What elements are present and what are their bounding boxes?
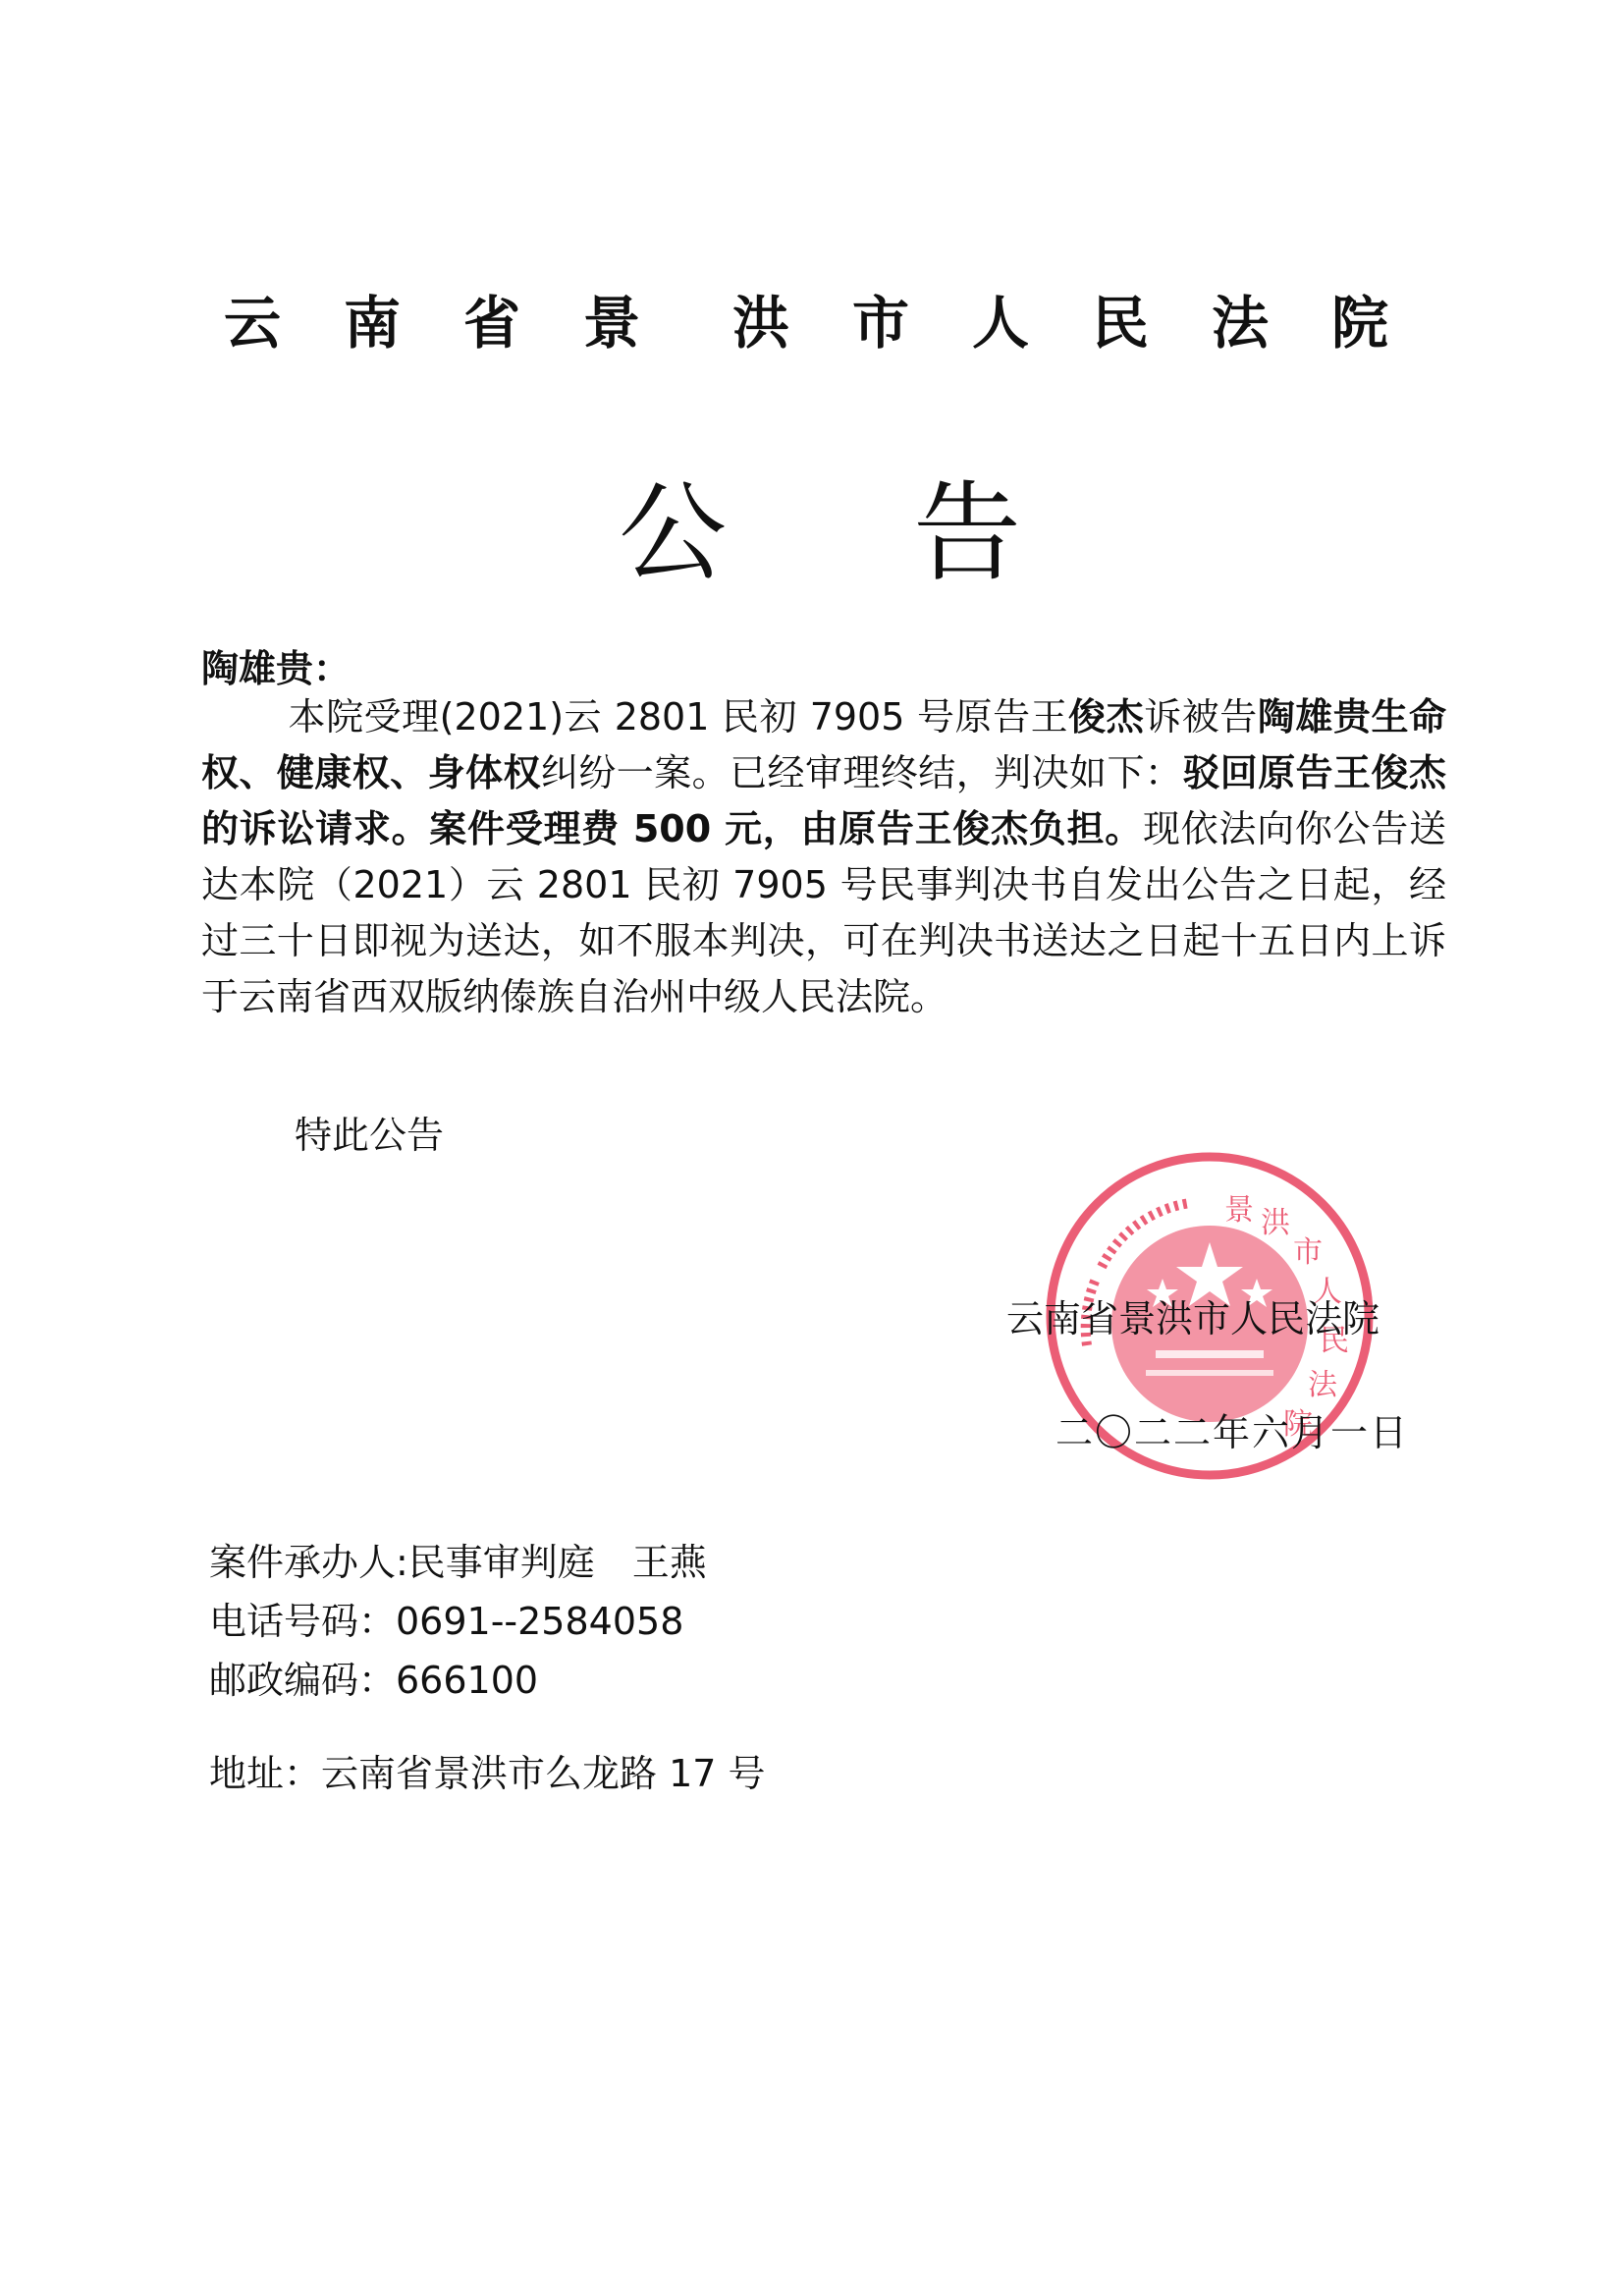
body-segment: 纠纷一案。已经审理终结，判决如下： xyxy=(541,751,1182,794)
heading-char: 市 xyxy=(852,277,972,359)
heading-char: 云 xyxy=(224,277,344,359)
heading-char: 法 xyxy=(1212,277,1331,359)
svg-text:洪: 洪 xyxy=(1261,1206,1290,1240)
notice-title: 公告 xyxy=(619,447,1021,602)
heading-char: 南 xyxy=(344,277,463,359)
court-name-heading: 云南省景洪市人民法院 xyxy=(224,277,1451,359)
heading-char: 院 xyxy=(1331,277,1451,359)
signature-court: 云南省景洪市人民法院 xyxy=(1006,1288,1380,1342)
body-segment: 本院受理(2021)云 2801 民初 7905 号原告王 xyxy=(288,695,1068,738)
body-segment: 诉被告 xyxy=(1144,695,1258,738)
notice-body: 本院受理(2021)云 2801 民初 7905 号原告王俊杰诉被告陶雄贵生命权… xyxy=(201,689,1446,1025)
plaintiff-name: 俊杰 xyxy=(1068,695,1144,738)
court-address: 地址：云南省景洪市么龙路 17 号 xyxy=(209,1743,766,1797)
heading-char: 省 xyxy=(463,277,583,359)
heading-char: 景 xyxy=(583,277,703,359)
heading-char: 民 xyxy=(1092,277,1212,359)
notice-char: 告 xyxy=(913,447,1021,602)
svg-text:法: 法 xyxy=(1308,1368,1338,1402)
addressee: 陶雄贵： xyxy=(201,638,351,692)
svg-text:景: 景 xyxy=(1224,1193,1254,1228)
notice-char: 公 xyxy=(619,447,727,602)
heading-char: 洪 xyxy=(732,277,852,359)
signature-date: 二〇二二年六月一日 xyxy=(1055,1402,1409,1456)
phone-number: 电话号码：0691--2584058 xyxy=(209,1591,683,1645)
case-handler: 案件承办人:民事审判庭 王燕 xyxy=(209,1532,707,1586)
closing-phrase: 特此公告 xyxy=(295,1105,444,1159)
svg-text:市: 市 xyxy=(1293,1235,1323,1270)
heading-char: 人 xyxy=(972,277,1092,359)
postal-code: 邮政编码：666100 xyxy=(209,1650,538,1704)
